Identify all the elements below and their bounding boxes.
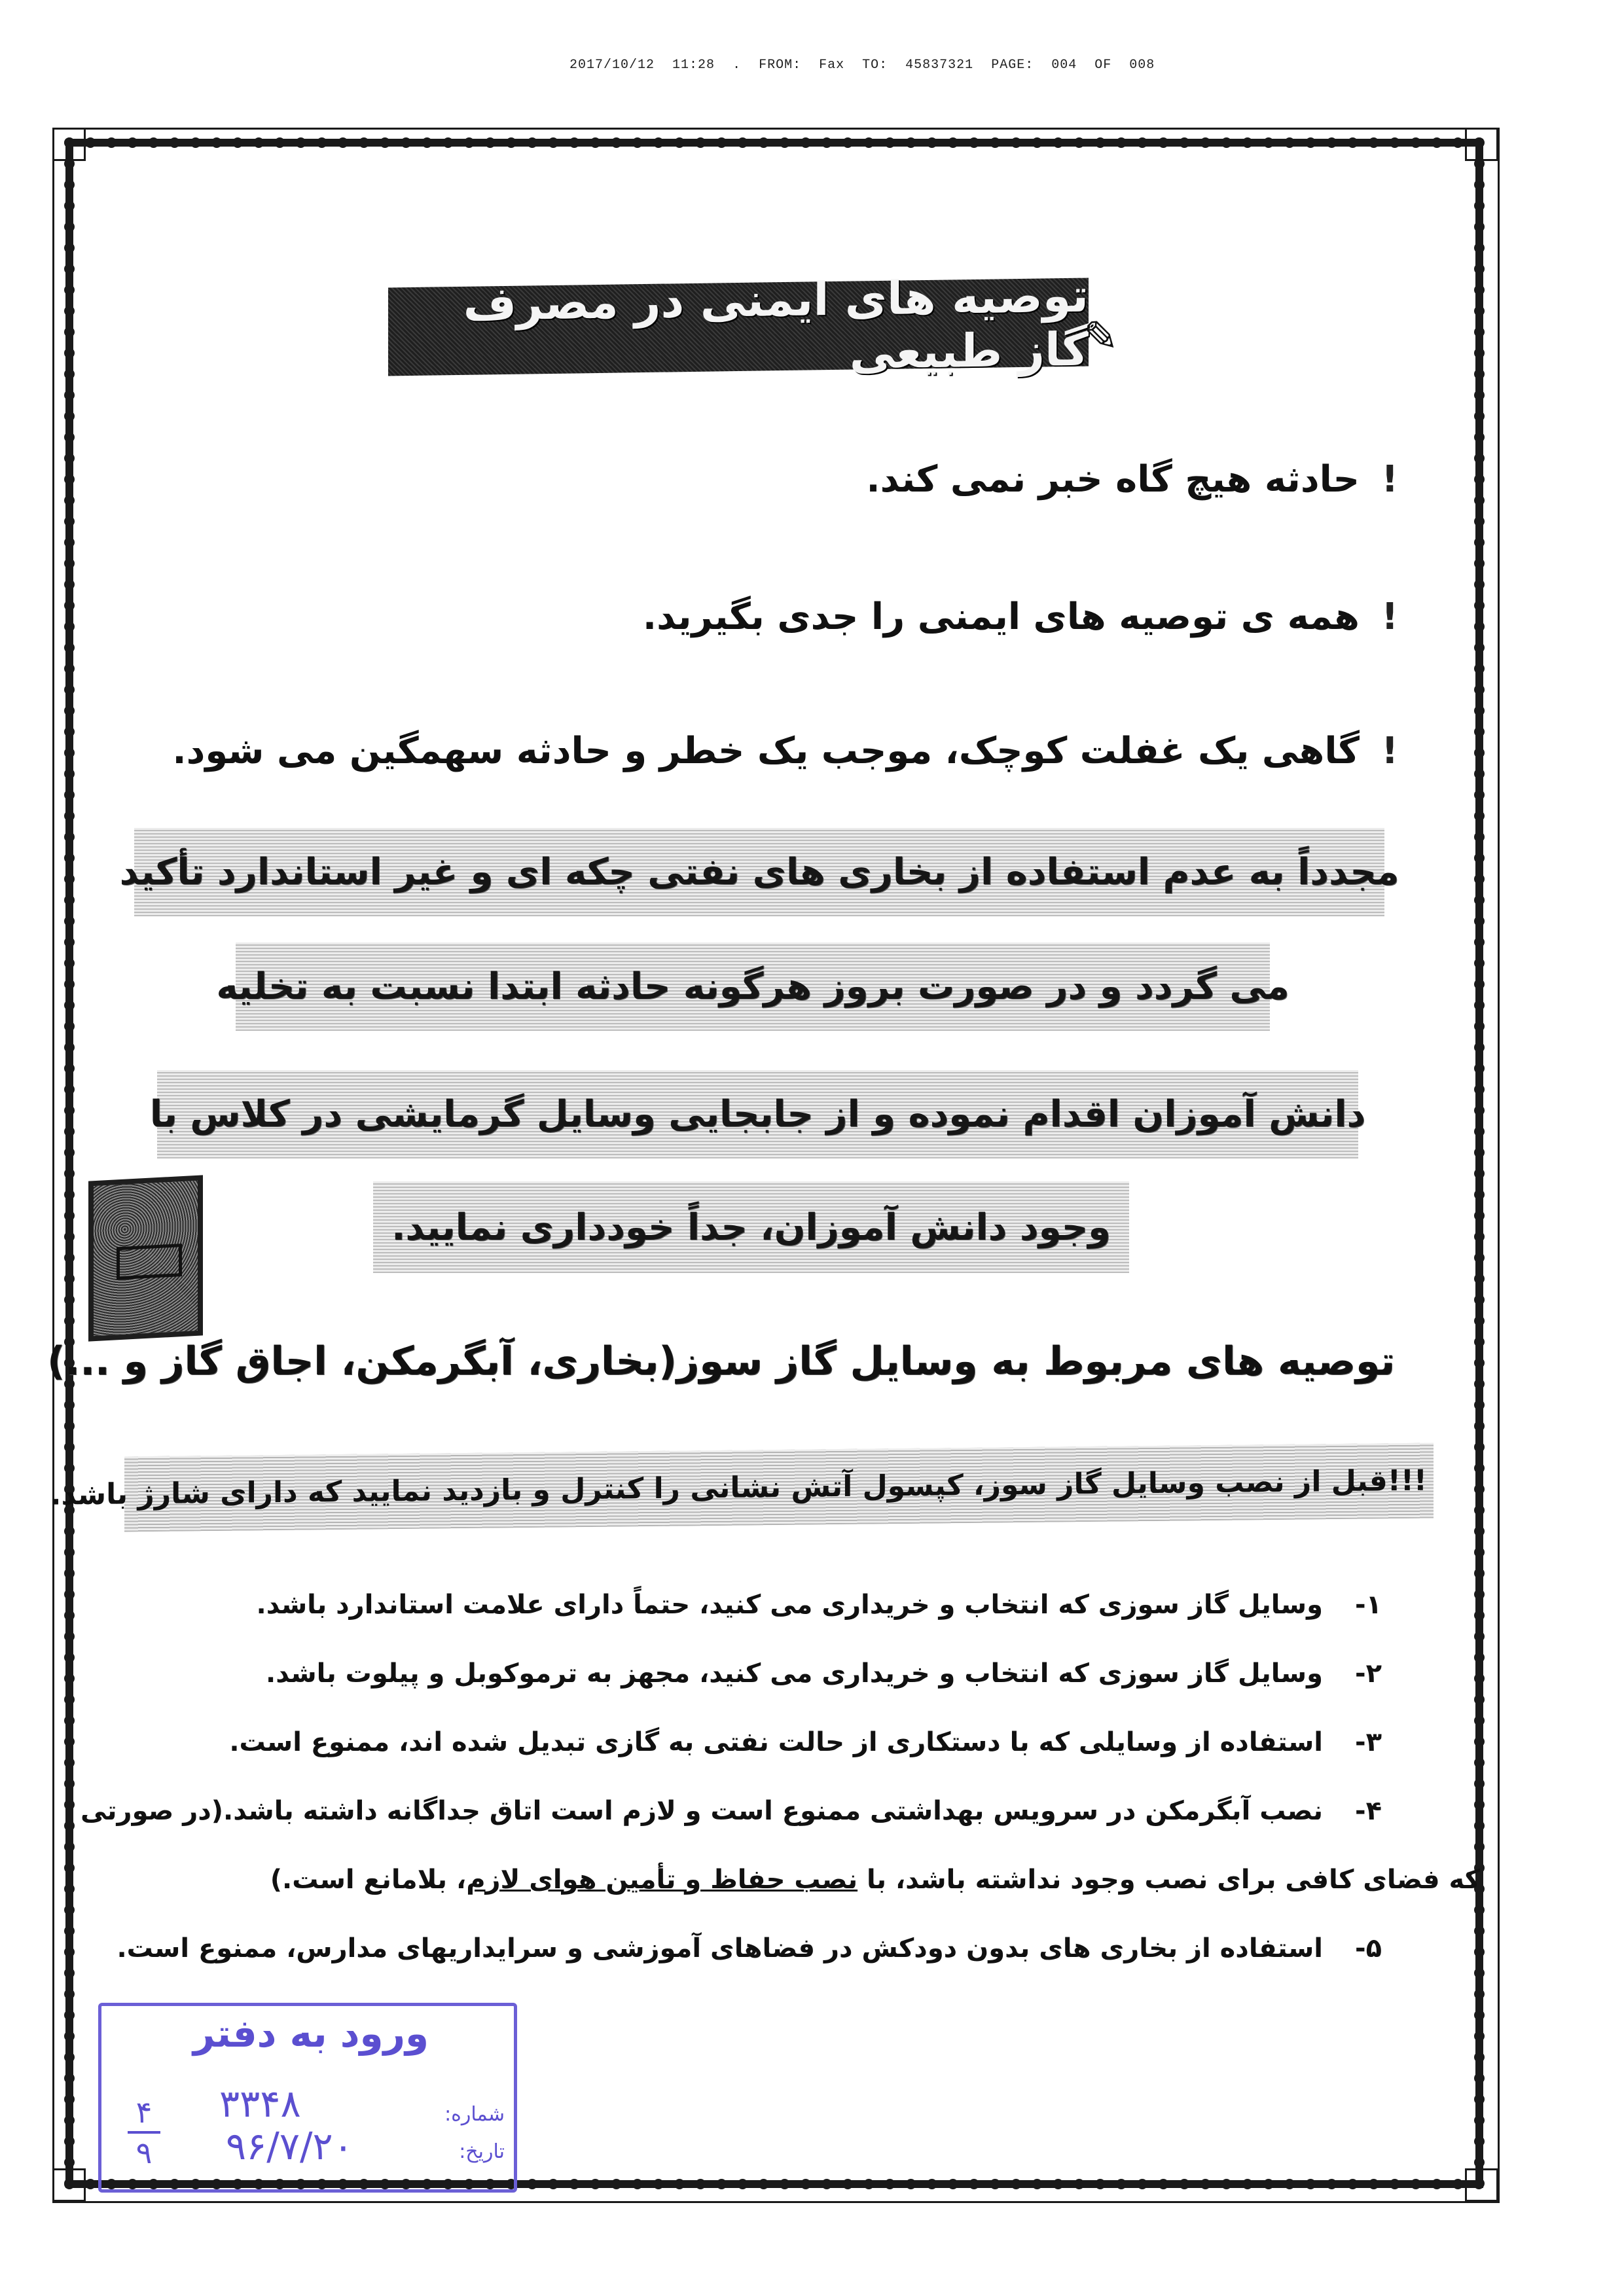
warning-text: همه ی توصیه های ایمنی را جدی بگیرید. xyxy=(643,596,1360,638)
rule-number: ۴- xyxy=(1323,1777,1382,1846)
fax-header: 2017/10/12 11:28 . FROM: Fax TO: 4583732… xyxy=(569,58,1155,73)
notice-text: !!!قبل از نصب وسایل گاز سوز، کپسول آتش ن… xyxy=(50,1464,1427,1512)
registry-stamp: ورود به دفتر شماره: ۳۳۴۸ تاریخ: ۹۶/۷/۲۰ … xyxy=(98,2003,517,2193)
stamp-number: ۳۳۴۸ xyxy=(219,2081,301,2126)
emphasis-line-1: مجدداً به عدم استفاده از بخاری های نفتی … xyxy=(134,828,1384,916)
rule-number: ۵- xyxy=(1323,1914,1382,1983)
stamp-title: ورود به دفتر xyxy=(173,2011,448,2056)
emphasis-text: وجود دانش آموزان، جداً خودداری نمایید. xyxy=(391,1206,1111,1249)
warning-line-1: ! حادثه هیچ گاه خبر نمی کند. xyxy=(866,458,1398,501)
emphasis-line-2: می گردد و در صورت بروز هرگونه حادثه ابتد… xyxy=(236,942,1270,1031)
rule-emphasis: حتماً دارای علامت استاندارد xyxy=(336,1590,690,1620)
rule-tail: است و لازم است اتاق جداگانه داشته باشد.(… xyxy=(81,1796,782,1826)
stamp-date: ۹۶/۷/۲۰ xyxy=(226,2124,353,2168)
rule-emphasis: ممنوع xyxy=(311,1727,389,1757)
stamp-fraction: ۴ ۹ xyxy=(128,2094,160,2170)
section-heading: توصیه های مربوط به وسایل گاز سوز(بخاری، … xyxy=(47,1338,1395,1384)
rule-text: نصب آبگرمکن در سرویس بهداشتی xyxy=(861,1796,1323,1826)
emphasis-line-3: دانش آموزان اقدام نموده و از جابجایی وسا… xyxy=(157,1070,1358,1158)
rule-tail: است. xyxy=(117,1933,198,1964)
fax-to: TO: 45837321 xyxy=(862,58,973,73)
rules-list: ۱- وسایل گاز سوزی که انتخاب و خریداری می… xyxy=(105,1571,1382,1983)
rule-text: وسایل گاز سوزی که انتخاب و خریداری می کن… xyxy=(690,1659,1323,1689)
warning-text: گاهی یک غفلت کوچک، موجب یک خطر و حادثه س… xyxy=(172,730,1360,772)
heater-panel xyxy=(117,1244,182,1280)
border-corner-top-left xyxy=(52,128,86,161)
stamp-date-label: تاریخ: xyxy=(459,2140,505,2163)
exclamation-icon: ! xyxy=(1381,730,1398,772)
rule-number: ۳- xyxy=(1323,1708,1382,1777)
rule-item-4-continued: که فضای کافی برای نصب وجود نداشته باشد، … xyxy=(105,1846,1480,1914)
notice-bar: !!!قبل از نصب وسایل گاز سوز، کپسول آتش ن… xyxy=(124,1443,1434,1532)
fax-date: 2017/10/12 xyxy=(569,58,655,73)
emphasis-line-4: وجود دانش آموزان، جداً خودداری نمایید. xyxy=(373,1181,1129,1273)
fraction-bar xyxy=(128,2131,160,2134)
fax-page: PAGE: 004 OF 008 xyxy=(991,58,1155,73)
rule-tail: باشد. xyxy=(257,1590,336,1620)
warning-line-2: ! همه ی توصیه های ایمنی را جدی بگیرید. xyxy=(643,596,1398,638)
rule-item-3: ۳- استفاده از وسایلی که با دستکاری از حا… xyxy=(105,1708,1382,1777)
warning-line-3: ! گاهی یک غفلت کوچک، موجب یک خطر و حادثه… xyxy=(172,730,1398,772)
rule-tail: باشد. xyxy=(266,1659,346,1689)
rule-text: استفاده از بخاری های بدون دودکش در فضاها… xyxy=(277,1933,1323,1964)
stamp-number-label: شماره: xyxy=(444,2103,505,2126)
rule-underlined: نصب حفاظ و تأمین هوای لازم xyxy=(466,1865,857,1895)
exclamation-icon: ! xyxy=(1381,458,1398,501)
exclamation-icon: ! xyxy=(1381,596,1398,638)
rule-item-4: ۴- نصب آبگرمکن در سرویس بهداشتی ممنوع اس… xyxy=(105,1777,1382,1846)
pen-mark-icon: ✎ xyxy=(1083,314,1142,360)
border-corner-bottom-right xyxy=(1465,2168,1498,2202)
rule-item-5: ۵- استفاده از بخاری های بدون دودکش در فض… xyxy=(105,1914,1382,1983)
fraction-bottom: ۹ xyxy=(136,2135,153,2170)
rule-emphasis: ممنوع xyxy=(782,1796,861,1826)
heater-image xyxy=(88,1175,203,1341)
warning-text: حادثه هیچ گاه خبر نمی کند. xyxy=(866,458,1360,501)
rule-tail: ، بلامانع است.) xyxy=(270,1865,466,1895)
rule-text: که فضای کافی برای نصب وجود نداشته باشد، … xyxy=(857,1865,1480,1895)
fraction-top: ۴ xyxy=(136,2094,153,2130)
rule-number: ۲- xyxy=(1323,1640,1382,1708)
rule-emphasis: ممنوع xyxy=(198,1933,277,1964)
page-title: توصیه های ایمنی در مصرف گاز طبیعی xyxy=(388,268,1089,386)
emphasis-text: مجدداً به عدم استفاده از بخاری های نفتی … xyxy=(120,851,1399,893)
rule-text: وسایل گاز سوزی که انتخاب و خریداری می کن… xyxy=(690,1590,1323,1620)
title-banner: توصیه های ایمنی در مصرف گاز طبیعی xyxy=(388,278,1089,376)
rule-number: ۱- xyxy=(1323,1571,1382,1640)
rule-emphasis: مجهز به ترموکوبل و پیلوت xyxy=(346,1659,690,1689)
fax-time: 11:28 xyxy=(672,58,715,73)
fax-from: FROM: Fax xyxy=(759,58,844,73)
rule-item-1: ۱- وسایل گاز سوزی که انتخاب و خریداری می… xyxy=(105,1571,1382,1640)
border-corner-top-right xyxy=(1465,128,1498,161)
rule-item-2: ۲- وسایل گاز سوزی که انتخاب و خریداری می… xyxy=(105,1640,1382,1708)
rule-tail: است. xyxy=(229,1727,311,1757)
emphasis-text: می گردد و در صورت بروز هرگونه حادثه ابتد… xyxy=(216,965,1289,1008)
emphasis-text: دانش آموزان اقدام نموده و از جابجایی وسا… xyxy=(150,1093,1366,1136)
fax-separator: . xyxy=(732,58,741,73)
border-corner-bottom-left xyxy=(52,2168,86,2202)
rule-text: استفاده از وسایلی که با دستکاری از حالت … xyxy=(389,1727,1323,1757)
